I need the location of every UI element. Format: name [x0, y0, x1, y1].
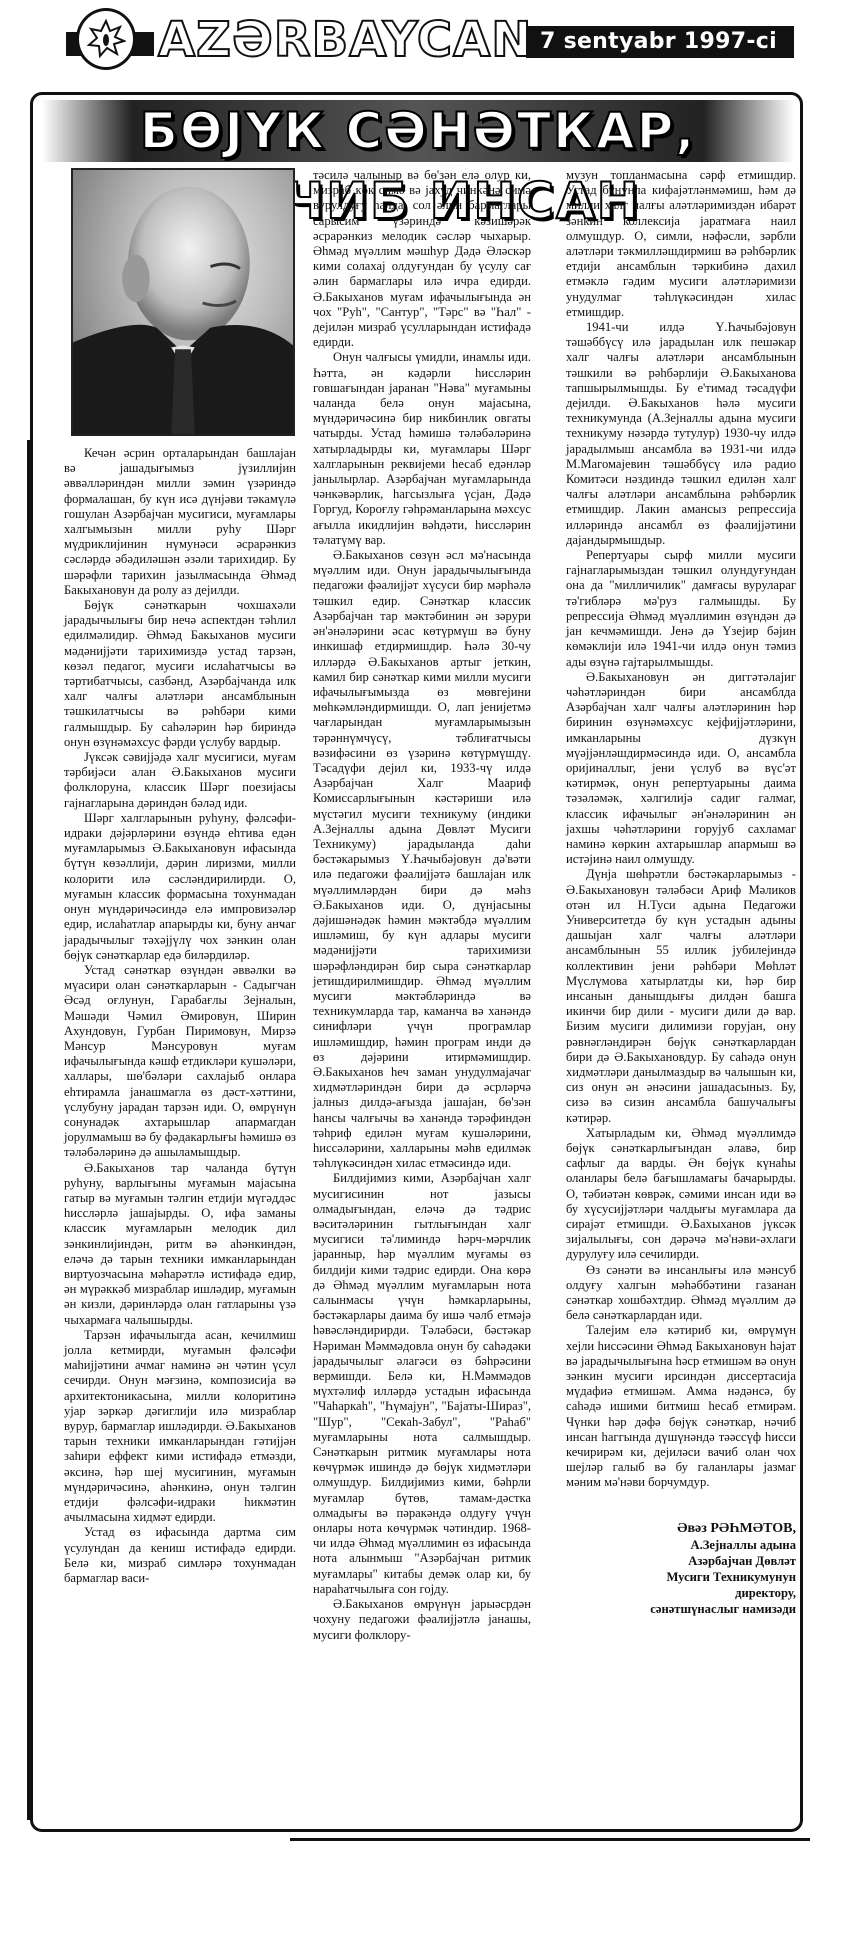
- author-signature: Әвәз РӘҺМӘТОВ, А.Зејналлы адына Азәрбајч…: [566, 1521, 796, 1617]
- paragraph: Ә.Бакыханов өмрүнүн јарыәсрдән чохуну пе…: [313, 1597, 531, 1643]
- paragraph: Өз сәнәти вә инсанлығы илә мәнсуб олдуғу…: [566, 1263, 796, 1324]
- author-title-line: Мусиги Техникумунун: [566, 1569, 796, 1585]
- paragraph: Јүксәк сәвијјәдә халг мусигиси, муғам тә…: [64, 750, 296, 811]
- paragraph: Хатырладым ки, Әһмәд мүәллимдә бөјүк сән…: [566, 1126, 796, 1263]
- article-column-1: Кечән әсрин орталарындан башлајан вә јаш…: [64, 446, 296, 1586]
- author-title-line: директору,: [566, 1585, 796, 1601]
- frame-left-rule: [27, 440, 30, 1820]
- author-title-line: сәнәтшүнаслыг намизәди: [566, 1601, 796, 1617]
- paragraph: Талејим елә кәтириб ки, өмрүмүн хејли һи…: [566, 1323, 796, 1490]
- paragraph: Дүнја шөһрәтли бәстәкарларымыз - Ә.Бакых…: [566, 867, 796, 1125]
- state-emblem-icon: [76, 8, 136, 70]
- masthead: AZƏRBAYCAN 7 sentyabr 1997-ci il: [62, 4, 802, 72]
- eight-point-star-icon: [86, 19, 126, 59]
- bottom-rule: [290, 1838, 810, 1841]
- paragraph: Билдијимиз кими, Азәрбајчан халг мусигис…: [313, 1171, 531, 1597]
- portrait-illustration: [73, 170, 293, 434]
- paragraph: Бөјүк сәнәткарын чохшахәли јарадычылығы …: [64, 598, 296, 750]
- paragraph: Тарзән ифачылыгда асан, кечилмиш јолла к…: [64, 1328, 296, 1526]
- newspaper-title: AZƏRBAYCAN: [154, 10, 536, 70]
- paragraph: Шәрг халгларынын руһуну, фәлсәфи-идраки …: [64, 811, 296, 963]
- paragraph: Ә.Бакыханов тар чаланда бүтүн руһуну, ва…: [64, 1161, 296, 1328]
- paragraph: Ә.Бакыханов сөзүн әсл мә'насында мүәллим…: [313, 548, 531, 1171]
- paragraph: Ә.Бакыхановун ән диггәтәлајиг чәһәтләрин…: [566, 670, 796, 868]
- paragraph: Устад өз ифасында дартма сим үсулундан д…: [64, 1525, 296, 1586]
- author-portrait-photo: [71, 168, 295, 436]
- issue-date: 7 sentyabr 1997-ci il: [526, 26, 794, 58]
- article-column-2: тәсилә чалыныр вә бө'зән елә олур ки, ми…: [313, 168, 531, 1643]
- paragraph: 1941-чи илдә Ү.Һачыбәјовун тәшәббүсү илә…: [566, 320, 796, 548]
- article-column-3: музун топланмасына сәрф етмишдир. Устад …: [566, 168, 796, 1617]
- author-title-line: А.Зејналлы адына: [566, 1537, 796, 1553]
- paragraph: Устад сәнәткар өзүндән әввәлки вә мүасир…: [64, 963, 296, 1161]
- author-name: Әвәз РӘҺМӘТОВ,: [566, 1521, 796, 1537]
- paragraph: музун топланмасына сәрф етмишдир. Устад …: [566, 168, 796, 320]
- paragraph: Репертуары сырф милли мусиги гајнагларым…: [566, 548, 796, 670]
- author-title-line: Азәрбајчан Дөвләт: [566, 1553, 796, 1569]
- paragraph: Онун чалғысы үмидли, инамлы иди. Һәтта, …: [313, 350, 531, 548]
- paragraph: Кечән әсрин орталарындан башлајан вә јаш…: [64, 446, 296, 598]
- paragraph: тәсилә чалыныр вә бө'зән елә олур ки, ми…: [313, 168, 531, 350]
